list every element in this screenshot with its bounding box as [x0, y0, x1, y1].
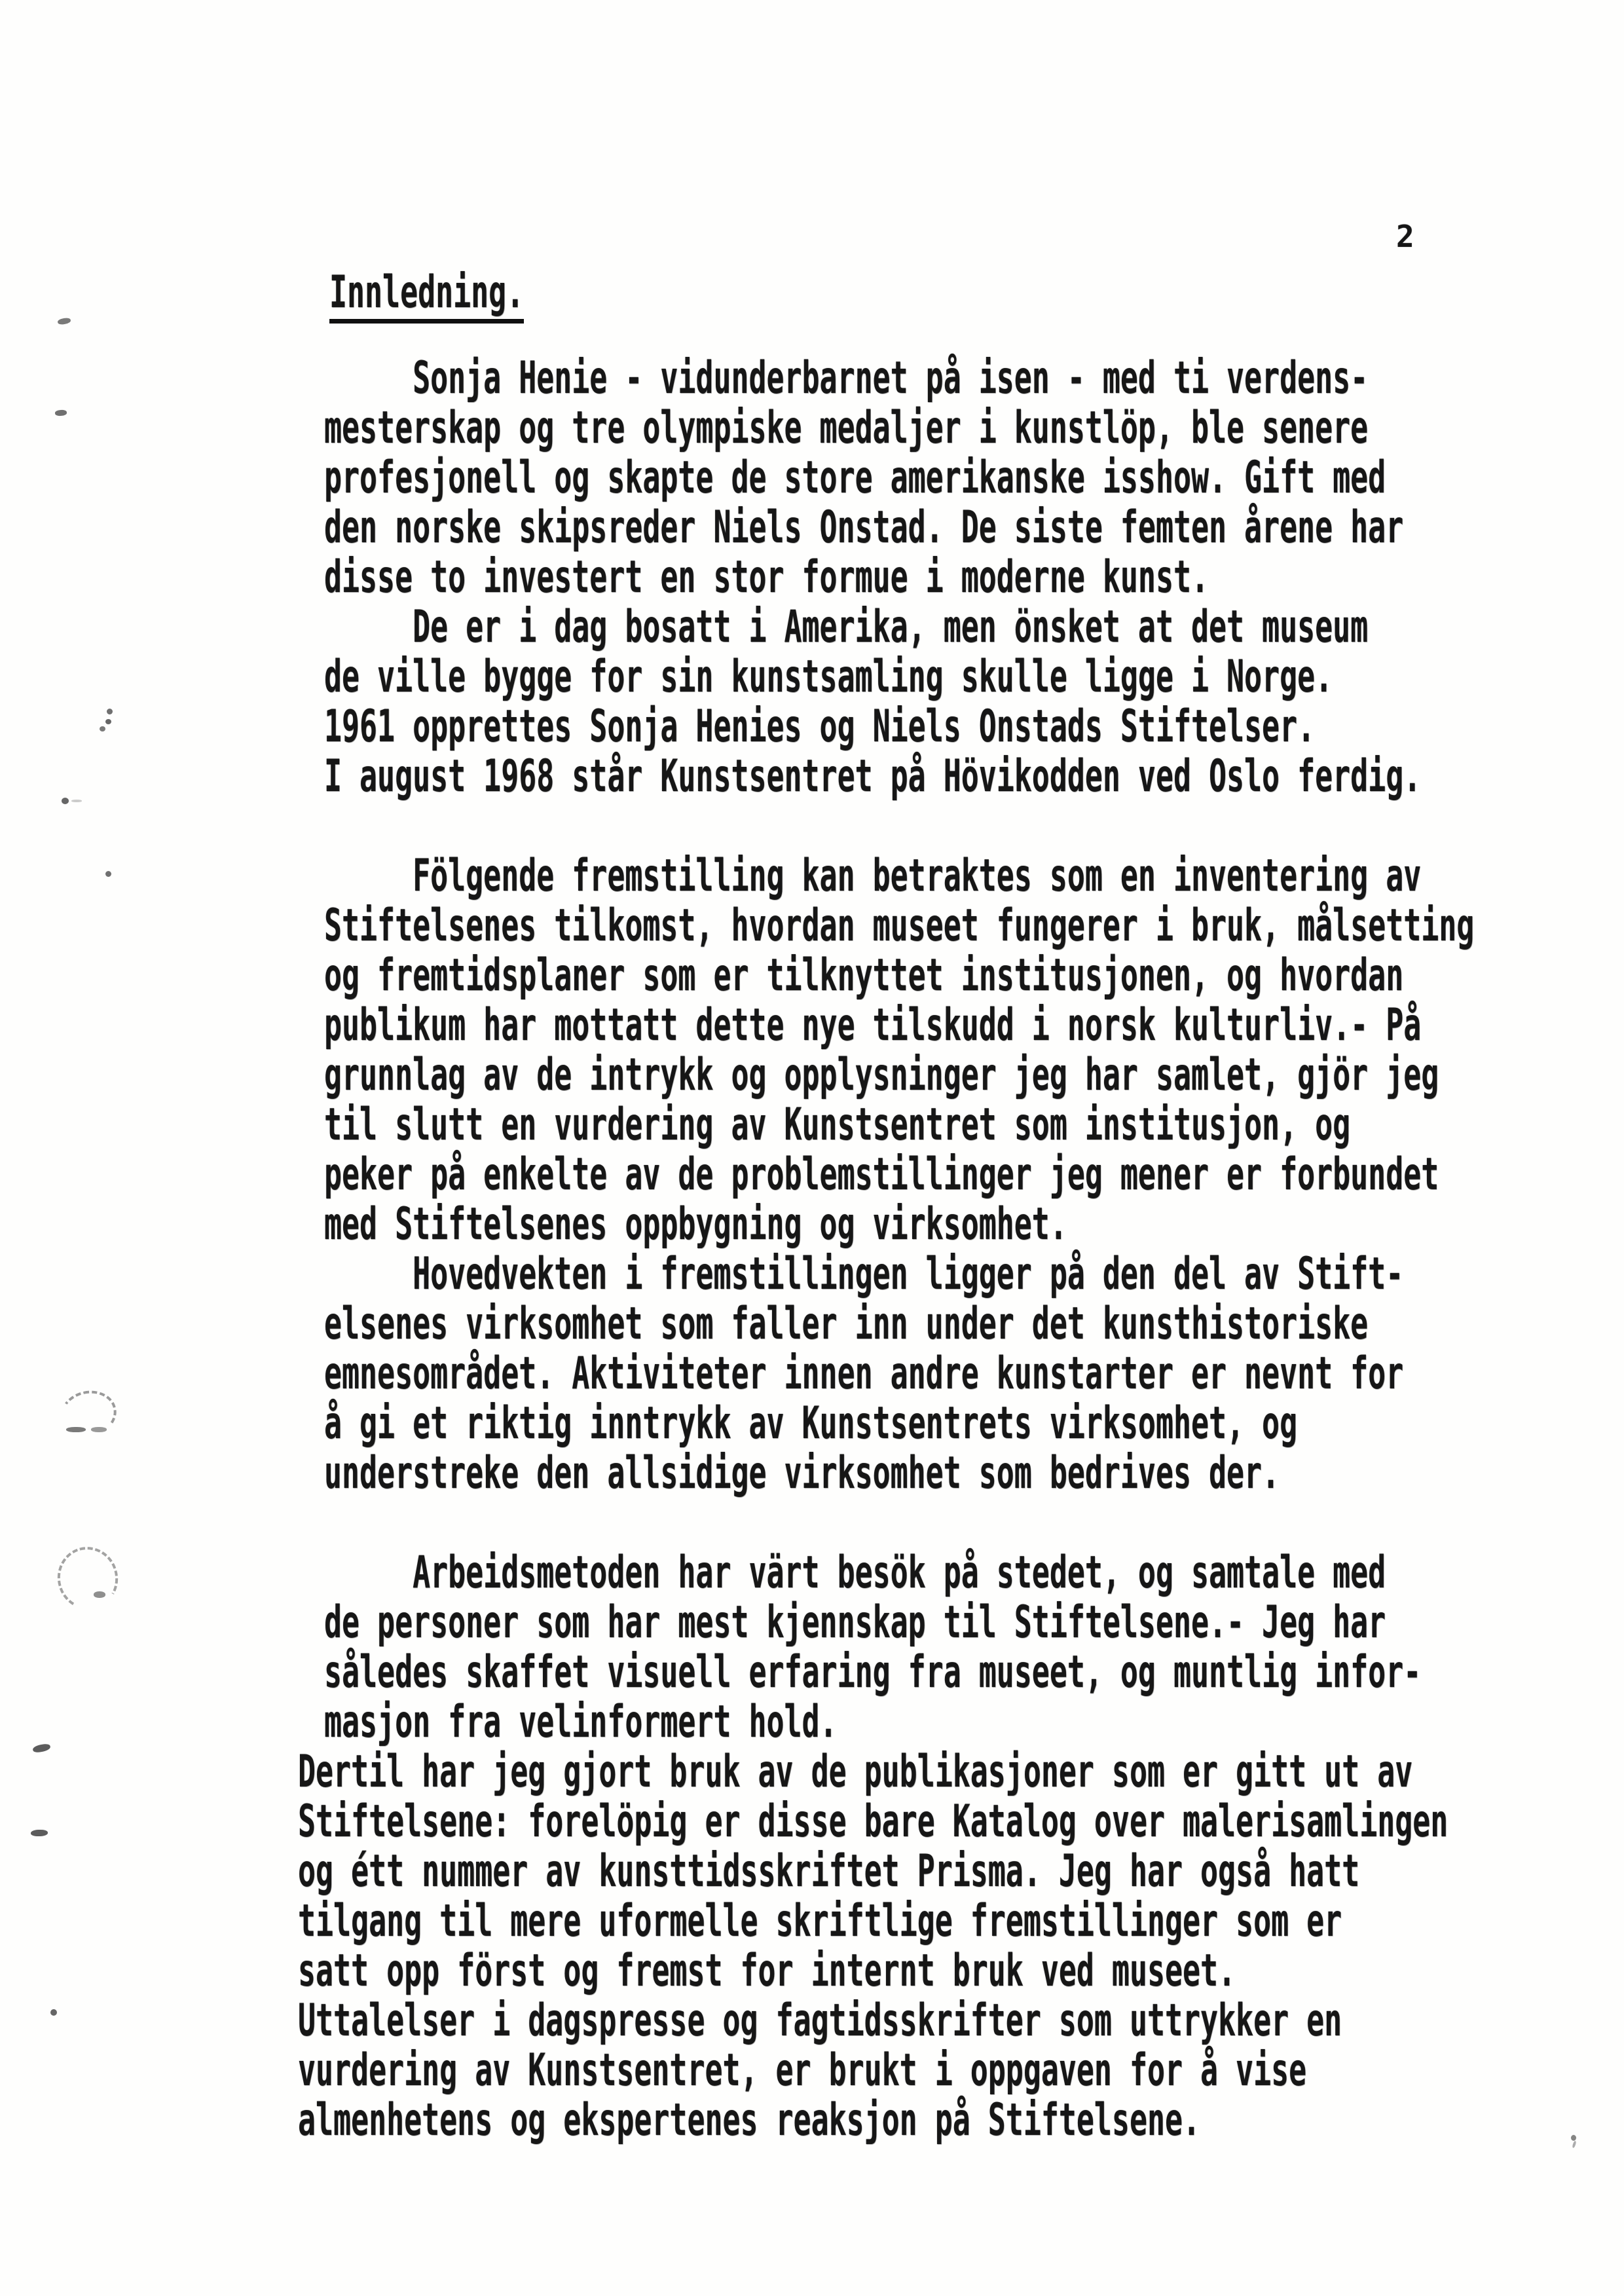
text-line: Arbeidsmetoden har värt besök på stedet,… — [324, 1548, 1513, 1598]
text-line: Uttalelser i dagspresse og fagtidsskrift… — [298, 1996, 1486, 2046]
corner-speck-mark — [1571, 2135, 1576, 2141]
text-line: og étt nummer av kunsttidsskriftet Prism… — [298, 1847, 1486, 1897]
margin-smudge-mark — [71, 800, 82, 802]
page-number: 2 — [1396, 220, 1414, 253]
text-line: almenhetens og ekspertenes reaksjon på S… — [298, 2096, 1486, 2145]
margin-dot-mark — [50, 2009, 57, 2016]
text-line: og fremtidsplaner som er tilknyttet inst… — [324, 951, 1513, 1001]
text-line: De er i dag bosatt i Amerika, men önsket… — [324, 602, 1513, 652]
section-heading: Innledning. — [329, 270, 524, 324]
text-line: således skaffet visuell erfaring fra mus… — [324, 1648, 1513, 1697]
text-line: peker på enkelte av de problemstillinger… — [324, 1150, 1513, 1200]
margin-dot-mark — [105, 871, 111, 877]
text-line: Hovedvekten i fremstillingen ligger på d… — [324, 1250, 1513, 1299]
margin-smudge-mark — [31, 1830, 48, 1837]
text-line: disse to investert en stor formue i mode… — [324, 553, 1513, 602]
text-line: Sonja Henie - vidunderbarnet på isen - m… — [324, 354, 1513, 403]
text-line: å gi et riktig inntrykk av Kunstsentrets… — [324, 1399, 1513, 1449]
margin-pencil-circle — [50, 1540, 125, 1617]
blank-line — [324, 1498, 1513, 1548]
text-line: 1961 opprettes Sonja Henies og Niels Ons… — [324, 702, 1513, 752]
text-line: profesjonell og skapte de store amerikan… — [324, 453, 1513, 503]
text-line: masjon fra velinformert hold. — [324, 1697, 1513, 1747]
heading-container: Innledning. — [329, 270, 624, 324]
margin-dot-mark — [107, 709, 113, 714]
text-line: vurdering av Kunstsentret, er brukt i op… — [298, 2046, 1486, 2096]
margin-smudge-mark — [57, 317, 71, 325]
margin-smudge-mark — [32, 1743, 51, 1753]
margin-smudge-mark — [55, 409, 67, 416]
margin-smudge-mark — [94, 1591, 105, 1598]
text-line: Stiftelsenes tilkomst, hvordan museet fu… — [324, 901, 1513, 951]
text-line: til slutt en vurdering av Kunstsentret s… — [324, 1100, 1513, 1150]
body-text: Sonja Henie - vidunderbarnet på isen - m… — [324, 354, 1477, 2145]
text-line: publikum har mottatt dette nye tilskudd … — [324, 1001, 1513, 1050]
text-line: den norske skipsreder Niels Onstad. De s… — [324, 503, 1513, 553]
text-line: de personer som har mest kjennskap til S… — [324, 1598, 1513, 1648]
text-line: satt opp först og fremst for internt bru… — [298, 1946, 1486, 1996]
blank-line — [324, 802, 1513, 851]
margin-pencil-circle — [56, 1386, 121, 1442]
text-line: mesterskap og tre olympiske medaljer i k… — [324, 403, 1513, 453]
margin-dot-mark — [100, 726, 105, 731]
text-line: Stiftelsene: forelöpig er disse bare Kat… — [298, 1797, 1486, 1847]
text-line: emnesområdet. Aktiviteter innen andre ku… — [324, 1349, 1513, 1399]
margin-dot-mark — [62, 798, 69, 804]
text-line: de ville bygge for sin kunstsamling skul… — [324, 652, 1513, 702]
corner-speck-mark — [1572, 2141, 1576, 2149]
margin-smudge-mark — [91, 1427, 107, 1432]
margin-smudge-mark — [66, 1427, 86, 1432]
text-line: Dertil har jeg gjort bruk av de publikas… — [298, 1747, 1486, 1797]
text-line: med Stiftelsenes oppbygning og virksomhe… — [324, 1200, 1513, 1250]
text-line: understreke den allsidige virksomhet som… — [324, 1449, 1513, 1498]
text-line: I august 1968 står Kunstsentret på Hövik… — [324, 752, 1513, 802]
document-page: 2 Innledning. Sonja Henie - vidunderbarn… — [0, 0, 1624, 2296]
text-line: grunnlag av de intrykk og opplysninger j… — [324, 1050, 1513, 1100]
text-line: elsenes virksomhet som faller inn under … — [324, 1299, 1513, 1349]
margin-dot-mark — [105, 719, 111, 724]
text-line: Fölgende fremstilling kan betraktes som … — [324, 851, 1513, 901]
text-line: tilgang til mere uformelle skriftlige fr… — [298, 1897, 1486, 1946]
